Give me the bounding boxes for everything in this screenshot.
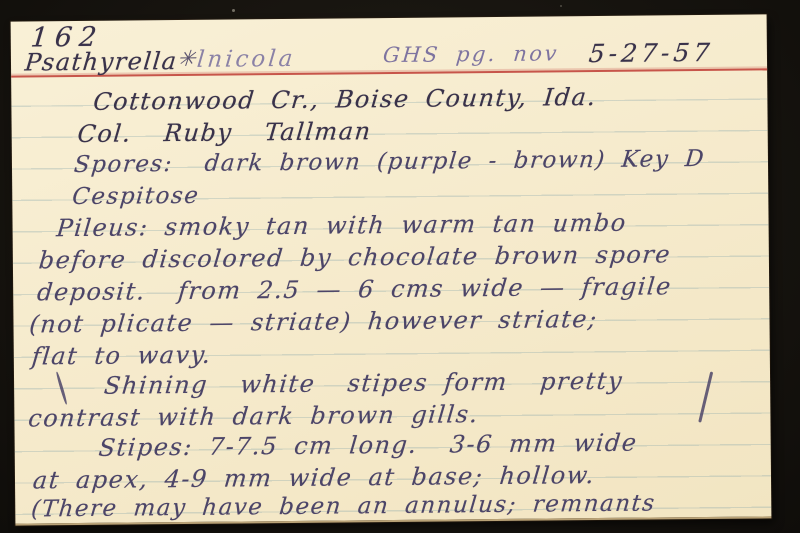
dust-speck — [232, 9, 235, 12]
species-name-pencil: lnicola — [196, 47, 297, 73]
handwritten-line: deposit. from 2.5 — 6 cms wide — fragile — [36, 273, 673, 306]
dust-speck — [560, 5, 562, 7]
header-annotation: GHS pg. nov — [382, 42, 560, 67]
handwritten-line-stipes: Stipes: 7-7.5 cm long. 3-6 mm wide — [97, 430, 638, 462]
handwritten-line: (not plicate — striate) however striate; — [28, 306, 599, 338]
handwritten-line-stipe-contrast: Shining white stipes form pretty — [103, 368, 624, 399]
handwritten-line: flat to wavy. — [31, 342, 213, 370]
handwritten-line-cespitose: Cespitose — [71, 184, 201, 211]
collection-date: 5-27-57 — [588, 39, 715, 68]
pencil-mark: ✳ — [176, 48, 198, 72]
handwritten-line: contrast with dark brown gills. — [27, 401, 480, 432]
pen-flourish-stroke — [698, 371, 713, 422]
handwritten-line: at apex, 4-9 mm wide at base; hollow. — [32, 462, 597, 494]
handwritten-line-spores: Spores: dark brown (purple - brown) Key … — [73, 147, 706, 178]
photo-background: { "card": { "number": "162", "title_row"… — [0, 0, 800, 533]
index-card: 162 Psathyrella ✳ lnicola GHS pg. nov 5-… — [11, 14, 772, 525]
genus-name: Psathyrella — [24, 48, 179, 76]
handwritten-line-location: Cottonwood Cr., Boise County, Ida. — [92, 84, 598, 115]
handwritten-line-collector: Col. Ruby Tallman — [76, 118, 372, 147]
handwritten-line-annulus: (There may have been an annulus; remnant… — [30, 491, 657, 522]
pen-flourish-stroke — [55, 372, 67, 405]
handwritten-line: before discolored by chocolate brown spo… — [38, 241, 673, 273]
handwritten-line-pileus: Pileus: smoky tan with warm tan umbo — [55, 210, 628, 242]
